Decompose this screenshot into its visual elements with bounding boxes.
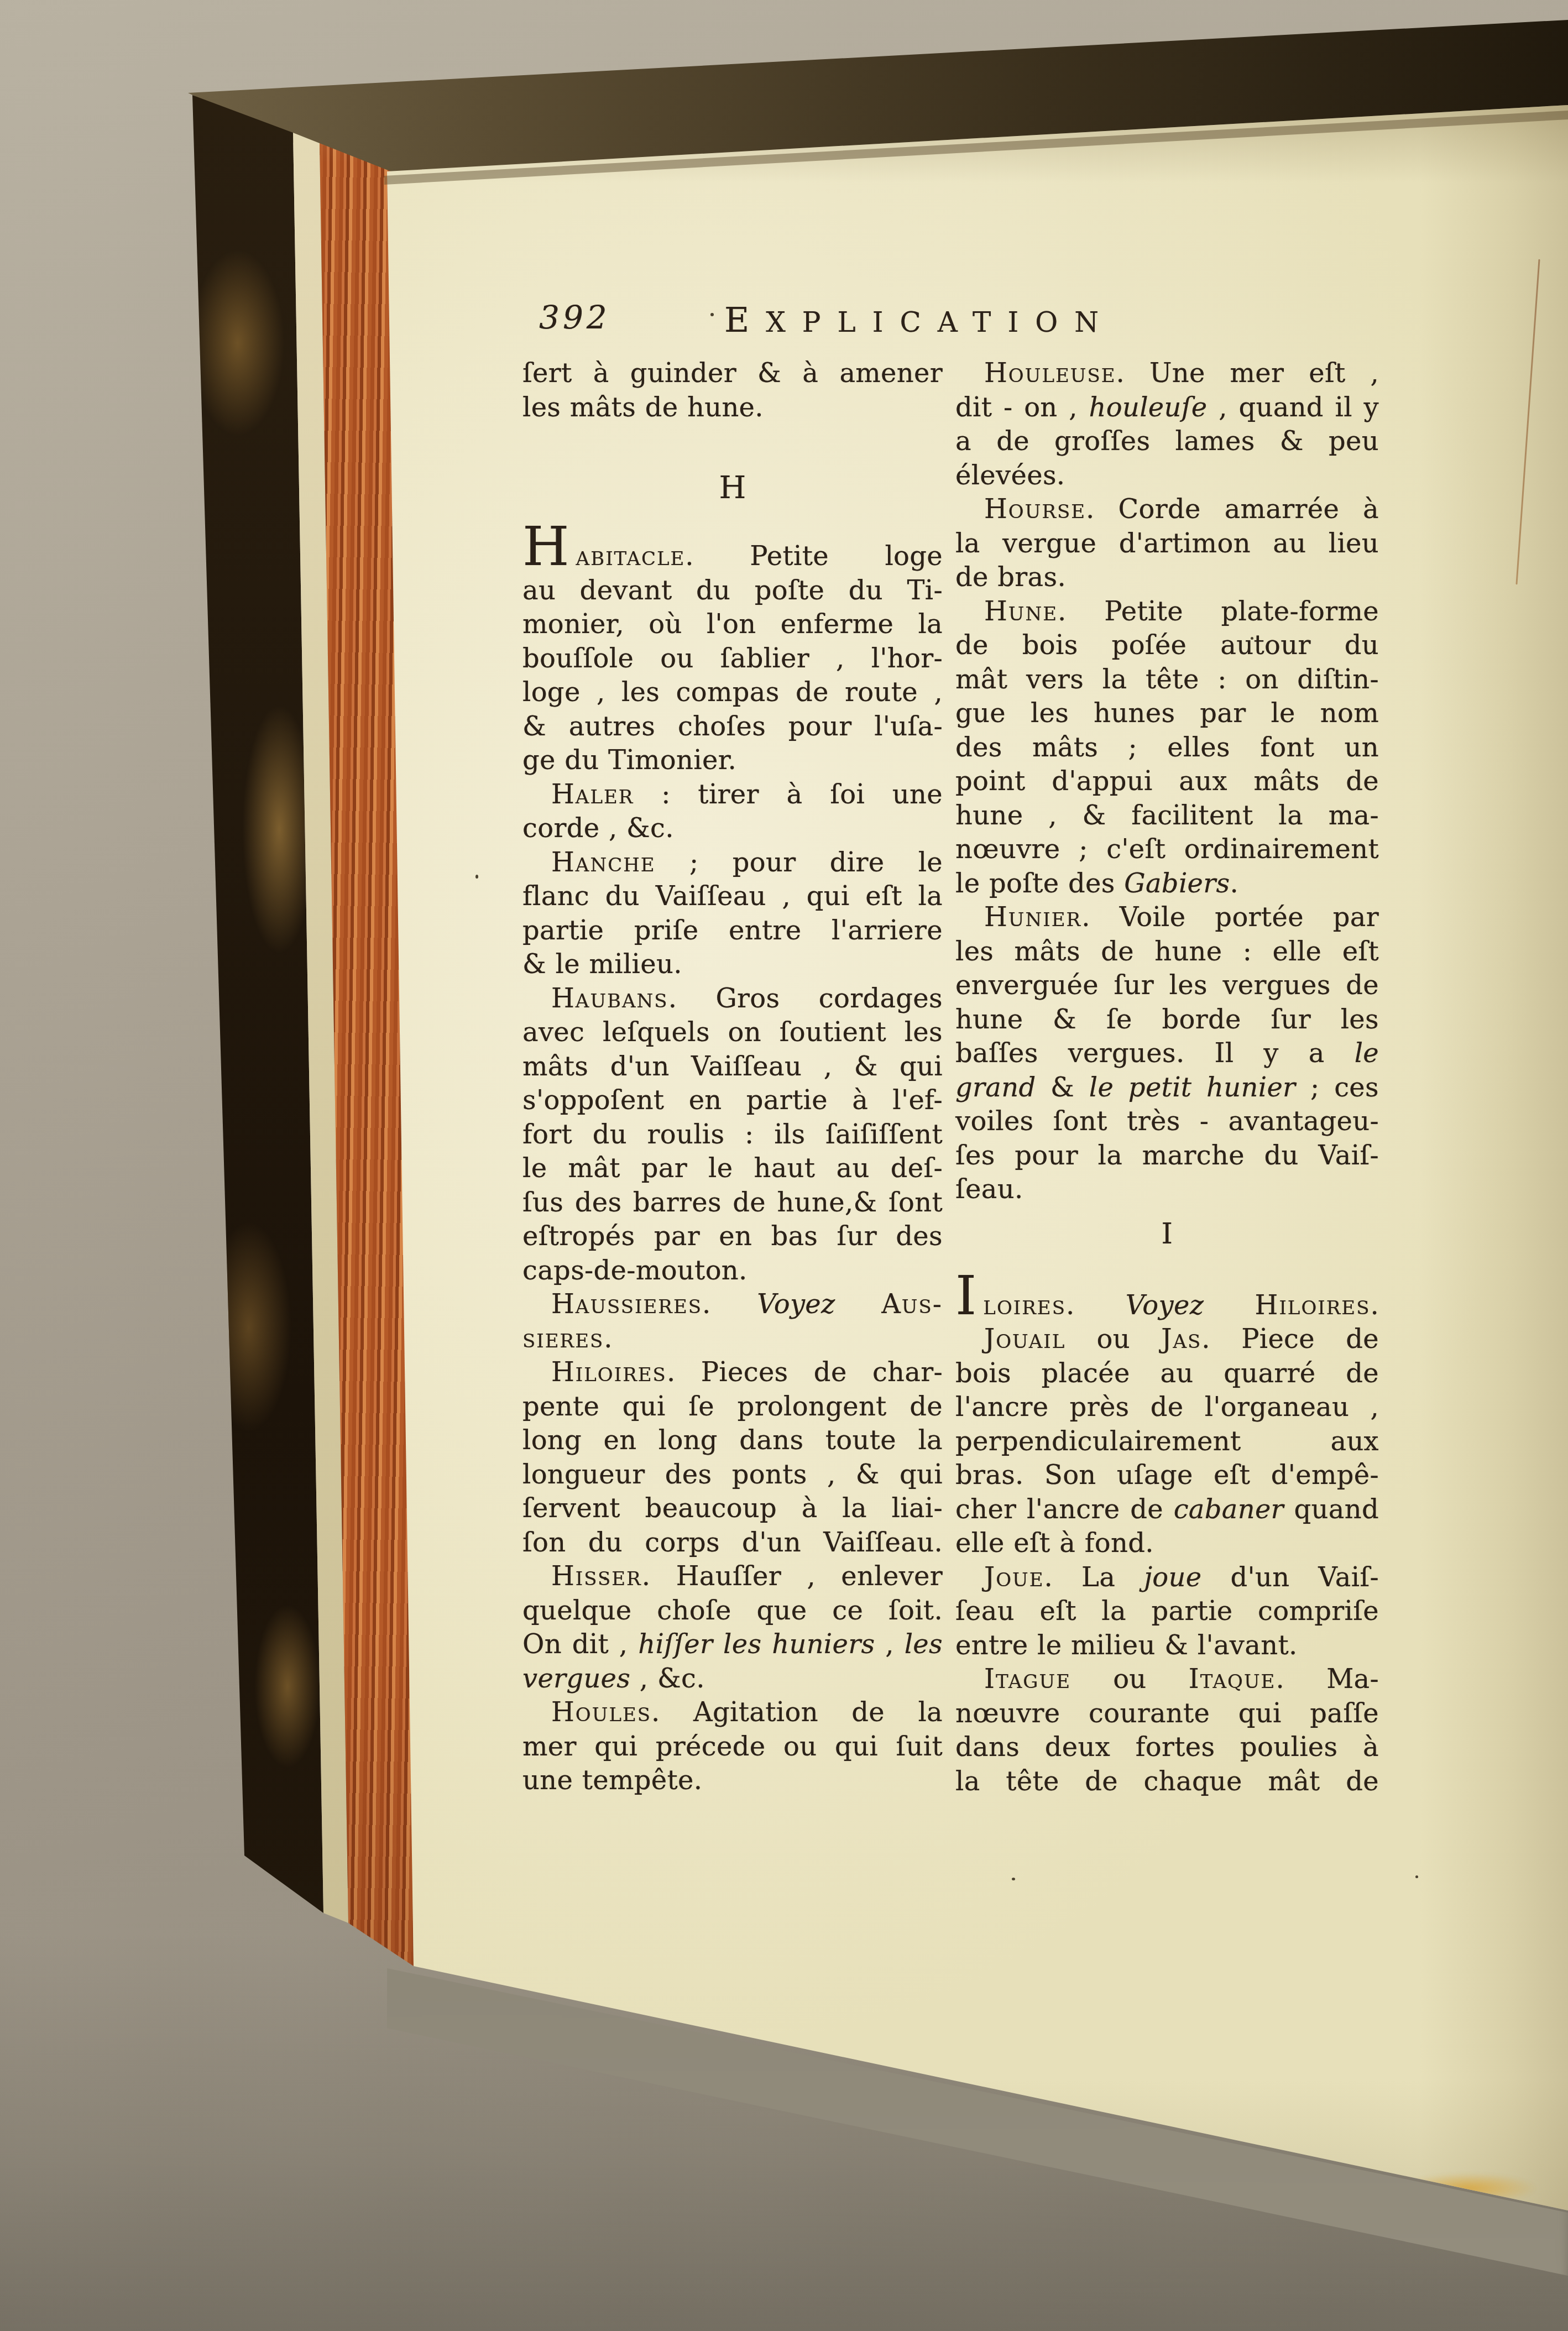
text-line: nœuvre ; c'eſt ordinairement	[955, 833, 1379, 867]
text-line: a de groſſes lames & peu	[955, 425, 1379, 459]
text-line: quelque choſe que ce ſoit.	[522, 1594, 943, 1628]
text-line: caps-de-mouton.	[522, 1254, 943, 1288]
text-line: Hune. Petite plate-forme	[955, 595, 1379, 629]
italic-text: les	[905, 1629, 943, 1660]
small-caps-text: Hiloires	[1255, 1290, 1371, 1321]
text-line: bouſſole ou ſablier , l'hor-	[522, 642, 943, 676]
text-line: bois placée au quarré de	[955, 1357, 1379, 1391]
page-gutter-shading	[1419, 0, 1568, 2331]
text-line: Haler : tirer à ſoi une	[522, 778, 943, 812]
text-line: long en long dans toute la	[522, 1424, 943, 1458]
small-caps-text: abitacle	[576, 541, 686, 572]
text-line: ſus des barres de hune,& ſont	[522, 1186, 943, 1220]
small-caps-text: sieres	[522, 1323, 604, 1354]
text-line: élevées.	[955, 459, 1379, 493]
text-line: mâts d'un Vaiſſeau , & qui	[522, 1050, 943, 1084]
text-line: eſtropés par en bas ſur des	[522, 1220, 943, 1254]
text-line: des mâts ; elles font un	[955, 731, 1379, 765]
text-line: les mâts de hune : elle eſt	[955, 935, 1379, 969]
text-column-right: Houleuse. Une mer eſt ,dit - on , houleu…	[955, 357, 1379, 1799]
text-line: Haussieres. Voyez Aus-	[522, 1288, 943, 1322]
small-caps-text: Itague	[984, 1664, 1071, 1695]
text-line: entre le milieu & l'avant.	[955, 1629, 1379, 1663]
small-caps-text: Hisser	[551, 1561, 642, 1592]
running-title: EXPLICATION	[724, 300, 1115, 340]
text-line: Hiloires. Pieces de char-	[522, 1356, 943, 1390]
italic-text: Voyez	[1126, 1290, 1204, 1321]
small-caps-text: Aus-	[881, 1289, 943, 1320]
text-line: point d'appui aux mâts de	[955, 765, 1379, 799]
ink-speck	[1012, 1878, 1015, 1880]
text-line: voiles ſont très - avantageu-	[955, 1105, 1379, 1139]
italic-text: houleuſe	[1089, 392, 1208, 423]
text-line: Hourse. Corde amarrée à	[955, 493, 1379, 527]
small-caps-text: Haussieres	[551, 1289, 702, 1320]
text-line: les mâts de hune.	[522, 391, 943, 425]
photo-background: 392 EXPLICATION ſert à guinder & à amene…	[0, 0, 1568, 2331]
small-caps-text: Itaque	[1189, 1664, 1276, 1695]
text-line: l'ancre près de l'organeau ,	[955, 1391, 1379, 1425]
text-line: hune , & facilitent la ma-	[955, 799, 1379, 833]
text-line: flanc du Vaiſſeau , qui eſt la	[522, 880, 943, 914]
text-line: gue les hunes par le nom	[955, 697, 1379, 731]
text-line: Itague ou Itaque. Ma-	[955, 1663, 1379, 1697]
text-line: cher l'ancre de cabaner quand	[955, 1493, 1379, 1527]
text-line: Habitacle. Petite loge	[522, 530, 943, 574]
small-caps-text: Haubans	[551, 983, 668, 1014]
text-line: pente qui ſe prolongent de	[522, 1390, 943, 1424]
text-line: Houles. Agitation de la	[522, 1696, 943, 1730]
italic-text: grand	[955, 1072, 1036, 1103]
text-column-left: ſert à guinder & à amenerles mâts de hun…	[522, 357, 943, 1798]
ink-speck	[710, 313, 714, 316]
italic-text: le petit hunier	[1089, 1072, 1296, 1103]
small-caps-text: Jouail	[984, 1324, 1065, 1355]
text-line: & autres choſes pour l'uſa-	[522, 710, 943, 744]
italic-text: joue	[1144, 1562, 1201, 1593]
text-line: elle eſt à fond.	[955, 1527, 1379, 1561]
text-line: mer qui précede ou qui ſuit	[522, 1730, 943, 1764]
text-line: fort du roulis : ils ſaiſiſſent	[522, 1118, 943, 1152]
text-line: ſervent beaucoup à la liai-	[522, 1492, 943, 1526]
text-line: Joue. La joue d'un Vaiſ-	[955, 1561, 1379, 1595]
small-caps-text: Hourse	[984, 494, 1086, 525]
text-line: ſon du corps d'un Vaiſſeau.	[522, 1526, 943, 1560]
text-line: ge du Timonier.	[522, 744, 943, 778]
text-line: s'oppoſent en partie à l'ef-	[522, 1084, 943, 1118]
text-line: Iloires. Voyez Hiloires.	[955, 1279, 1379, 1323]
italic-text: hiſſer les huniers	[638, 1629, 875, 1660]
section-heading: H	[522, 469, 943, 508]
text-line: nœuvre courante qui paſſe	[955, 1697, 1379, 1731]
small-caps-text: Hune	[984, 596, 1058, 627]
small-caps-text: Houles	[551, 1697, 651, 1728]
text-line: longueur des ponts , & qui	[522, 1458, 943, 1492]
text-line: corde , &c.	[522, 812, 943, 846]
text-line: la tête de chaque mât de	[955, 1765, 1379, 1799]
italic-text: Voyez	[757, 1289, 835, 1320]
ink-speck	[475, 875, 478, 879]
text-line: ſert à guinder & à amener	[522, 357, 943, 391]
italic-text: vergues	[522, 1663, 630, 1694]
text-line: sieres.	[522, 1322, 943, 1356]
text-line: Hanche ; pour dire le	[522, 846, 943, 880]
text-line: Jouail ou Jas. Piece de	[955, 1323, 1379, 1357]
text-line: partie priſe entre l'arriere	[522, 914, 943, 948]
small-caps-text: Joue	[984, 1562, 1044, 1593]
drop-cap: I	[955, 1264, 983, 1327]
drop-cap: H	[522, 515, 576, 578]
text-line: ſeau.	[955, 1173, 1379, 1207]
text-line: dit - on , houleuſe , quand il y	[955, 391, 1379, 425]
small-caps-text: Houleuse	[984, 358, 1116, 389]
text-line: le mât par le haut au deſ-	[522, 1152, 943, 1186]
text-line: monier, où l'on enferme la	[522, 608, 943, 642]
section-heading: I	[955, 1215, 1379, 1253]
text-line: loge , les compas de route ,	[522, 676, 943, 710]
text-line: perpendiculairement aux	[955, 1425, 1379, 1459]
text-line: Haubans. Gros cordages	[522, 982, 943, 1016]
text-line: ſes pour la marche du Vaiſ-	[955, 1139, 1379, 1173]
text-line: une tempête.	[522, 1764, 943, 1798]
page-number: 392	[539, 299, 610, 336]
text-line: Houleuse. Une mer eſt ,	[955, 357, 1379, 391]
text-line: Hisser. Hauſſer , enlever	[522, 1560, 943, 1594]
italic-text: le	[1355, 1038, 1379, 1069]
text-line: grand & le petit hunier ; ces	[955, 1071, 1379, 1105]
text-line: dans deux fortes poulies à	[955, 1731, 1379, 1765]
small-caps-text: Hunier	[984, 902, 1081, 933]
text-line: au devant du poſte du Ti-	[522, 574, 943, 608]
text-line: vergues , &c.	[522, 1662, 943, 1696]
small-caps-text: Haler	[551, 779, 634, 810]
text-line: bras. Son uſage eſt d'empê-	[955, 1459, 1379, 1493]
text-line: hune & ſe borde ſur les	[955, 1003, 1379, 1037]
text-line: avec leſquels on ſoutient les	[522, 1016, 943, 1050]
italic-text: cabaner	[1174, 1494, 1284, 1525]
text-line: mât vers la tête : on diſtin-	[955, 663, 1379, 697]
text-line: de bras.	[955, 561, 1379, 595]
text-line: de bois poſée autour du	[955, 629, 1379, 663]
ink-speck	[1415, 1875, 1418, 1878]
text-line: enverguée ſur les vergues de	[955, 969, 1379, 1003]
small-caps-text: Jas	[1161, 1324, 1201, 1355]
italic-text: Gabiers	[1124, 868, 1230, 899]
text-line: la vergue d'artimon au lieu	[955, 527, 1379, 561]
text-line: ſeau eſt la partie compriſe	[955, 1595, 1379, 1629]
text-line: Hunier. Voile portée par	[955, 901, 1379, 935]
small-caps-text: Hiloires	[551, 1357, 667, 1388]
text-line: & le milieu.	[522, 948, 943, 982]
text-line: baſſes vergues. Il y a le	[955, 1037, 1379, 1071]
text-line: On dit , hiſſer les huniers , les	[522, 1628, 943, 1662]
small-caps-text: loires	[983, 1290, 1066, 1321]
small-caps-text: Hanche	[551, 847, 656, 878]
text-line: le poſte des Gabiers.	[955, 867, 1379, 901]
